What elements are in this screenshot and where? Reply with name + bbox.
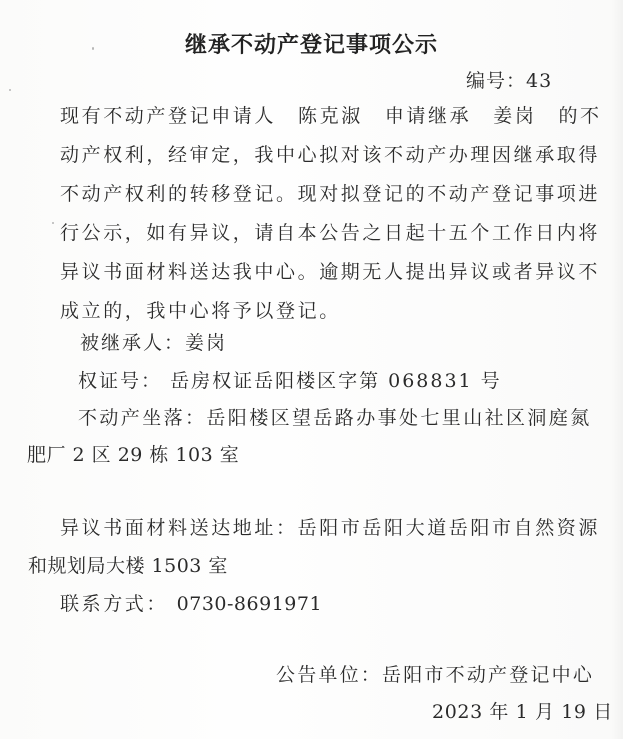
intro-line-3: 不动产权利的转移登记。现对拟登记的不动产登记事项进 [60, 175, 580, 214]
decedent-value: 姜岗 [185, 332, 227, 354]
issuer-label: 公告单位： [276, 664, 382, 686]
objection-address-field: 异议书面材料送达地址：岳阳市岳阳大道岳阳市自然资源 [60, 513, 600, 540]
certificate-value: 岳房权证岳阳楼区字第 068831 号 [170, 370, 502, 392]
intro-line-1-prefix: 现有不动产登记申请人 [60, 105, 276, 127]
contact-field: 联系方式： 0730-8691971 [60, 589, 322, 616]
location-label: 不动产坐落： [78, 407, 206, 429]
document-number: 编号：43 [466, 66, 552, 93]
page-edge-shadow [611, 0, 623, 739]
intro-line-5: 异议书面材料送达我中心。逾期无人提出异议或者异议不 [60, 253, 580, 292]
issuer-value: 岳阳市不动产登记中心 [382, 664, 594, 686]
applicant-name: 陈克淑 [298, 105, 363, 127]
objection-address-label: 异议书面材料送达地址： [60, 517, 298, 539]
intro-paragraph: 现有不动产登记申请人陈克淑申请继承姜岗的不 动产权利，经审定，我中心拟对该不动产… [60, 97, 580, 331]
certificate-field: 权证号： 岳房权证岳阳楼区字第 068831 号 [78, 366, 502, 393]
document-number-label: 编号： [466, 70, 526, 92]
location-field: 不动产坐落：岳阳楼区望岳路办事处七里山社区洞庭氮 [78, 403, 592, 430]
contact-value: 0730-8691971 [177, 593, 322, 615]
intro-line-1-middle: 申请继承 [385, 105, 471, 127]
objection-address-value-line-2: 和规划局大楼 1503 室 [28, 551, 228, 578]
decedent-field: 被继承人：姜岗 [80, 328, 227, 355]
issue-date: 2023 年 1 月 19 日 [432, 697, 613, 724]
scan-speck [9, 89, 11, 91]
scan-speck [52, 222, 54, 224]
intro-line-1-suffix: 的不 [558, 105, 601, 127]
document-page: 继承不动产登记事项公示 编号：43 现有不动产登记申请人陈克淑申请继承姜岗的不 … [0, 0, 623, 739]
decedent-label: 被继承人： [80, 332, 185, 354]
intro-line-4: 行公示，如有异议，请自本公告之日起十五个工作日内将 [60, 214, 580, 253]
certificate-label: 权证号： [78, 370, 162, 392]
objection-address-value-line-1: 岳阳市岳阳大道岳阳市自然资源 [298, 517, 600, 539]
location-value-line-2: 肥厂 2 区 29 栋 103 室 [27, 440, 239, 467]
intro-line-2: 动产权利，经审定，我中心拟对该不动产办理因继承取得 [60, 136, 580, 175]
intro-line-1: 现有不动产登记申请人陈克淑申请继承姜岗的不 [60, 97, 580, 136]
contact-label: 联系方式： [60, 593, 168, 615]
document-number-value: 43 [526, 70, 552, 92]
issuer-field: 公告单位：岳阳市不动产登记中心 [276, 660, 594, 687]
page-title: 继承不动产登记事项公示 [0, 28, 623, 59]
decedent-name: 姜岗 [493, 105, 536, 127]
location-value-line-1: 岳阳楼区望岳路办事处七里山社区洞庭氮 [206, 407, 591, 429]
intro-line-6: 成立的，我中心将予以登记。 [60, 292, 580, 331]
